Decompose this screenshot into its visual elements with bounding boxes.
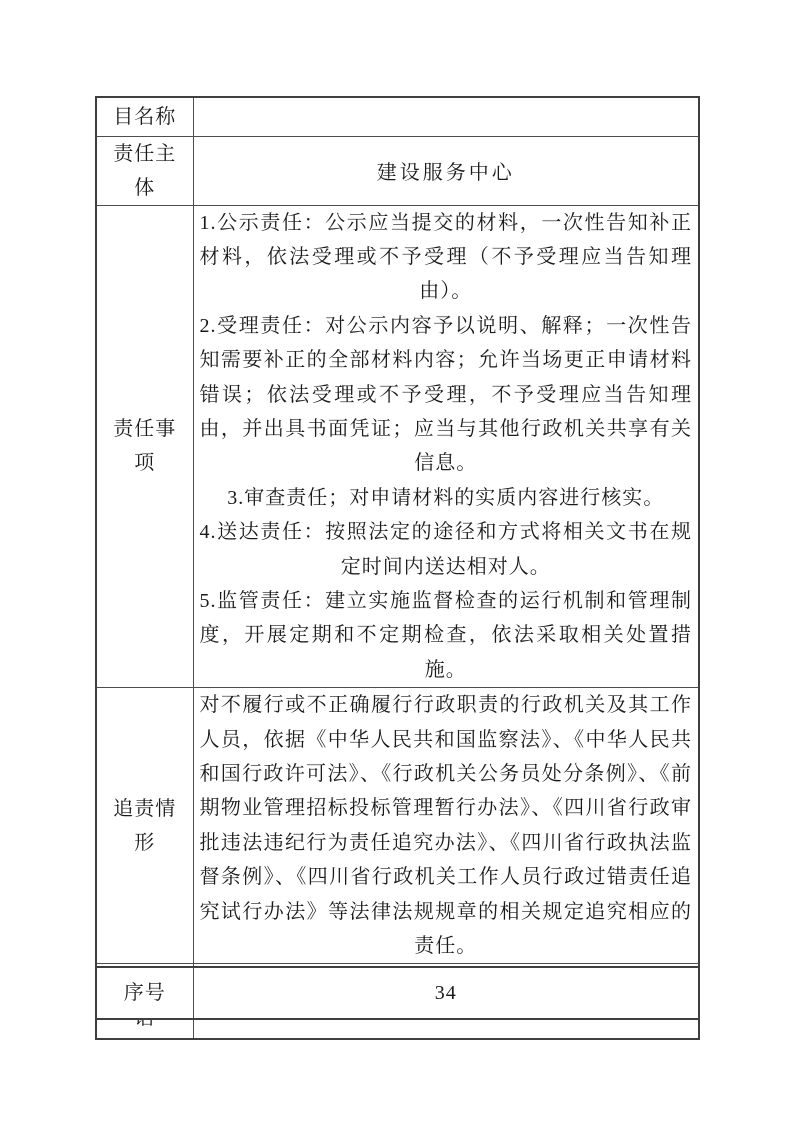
row-responsibility-items: 责任事 项 1.公示责任：公示应当提交的材料，一次性告知补正材料，依法受理或不予… [96,205,699,688]
responsibility-items-value: 1.公示责任：公示应当提交的材料，一次性告知补正材料，依法受理或不予受理（不予受… [193,205,699,688]
duty-item-5: 5.监管责任：建立实施监督检查的运行机制和管理制度，开展定期和不定期检查，依法采… [200,584,693,687]
row-accountability-situations: 追责情 形 对不履行或不正确履行行政职责的行政机关及其工作人员，依据《中华人民共… [96,688,699,964]
project-name-value [193,97,699,136]
row-serial-number: 序号 34 [96,967,699,1019]
responsibility-table: 目名称 责任主 体 建设服务中心 责任事 项 1.公示责任：公示应当提交的材料，… [95,96,700,1040]
responsible-entity-label: 责任主 体 [96,136,193,205]
accountability-situations-label: 追责情 形 [96,688,193,964]
row-project-name: 目名称 [96,97,699,136]
serial-number-table: 序号 34 [95,966,700,1020]
accountability-text: 对不履行或不正确履行行政职责的行政机关及其工作人员，依据《中华人民共和国监察法》… [200,688,693,963]
responsible-entity-value: 建设服务中心 [193,136,699,205]
duty-item-3: 3.审查责任；对申请材料的实质内容进行核实。 [200,481,693,515]
duty-item-4: 4.送达责任：按照法定的途径和方式将相关文书在规定时间内送达相对人。 [200,515,693,584]
responsibility-items-label: 责任事 项 [96,205,193,688]
serial-number-label: 序号 [96,967,193,1019]
duty-item-1: 1.公示责任：公示应当提交的材料，一次性告知补正材料，依法受理或不予受理（不予受… [200,206,693,309]
document-page: { "document": { "background_color": "#ff… [0,0,793,1122]
row-responsible-entity: 责任主 体 建设服务中心 [96,136,699,205]
project-name-label: 目名称 [96,97,193,136]
accountability-situations-value: 对不履行或不正确履行行政职责的行政机关及其工作人员，依据《中华人民共和国监察法》… [193,688,699,964]
duty-item-2: 2.受理责任：对公示内容予以说明、解释；一次性告知需要补正的全部材料内容；允许当… [200,309,693,481]
serial-number-value: 34 [193,967,699,1019]
